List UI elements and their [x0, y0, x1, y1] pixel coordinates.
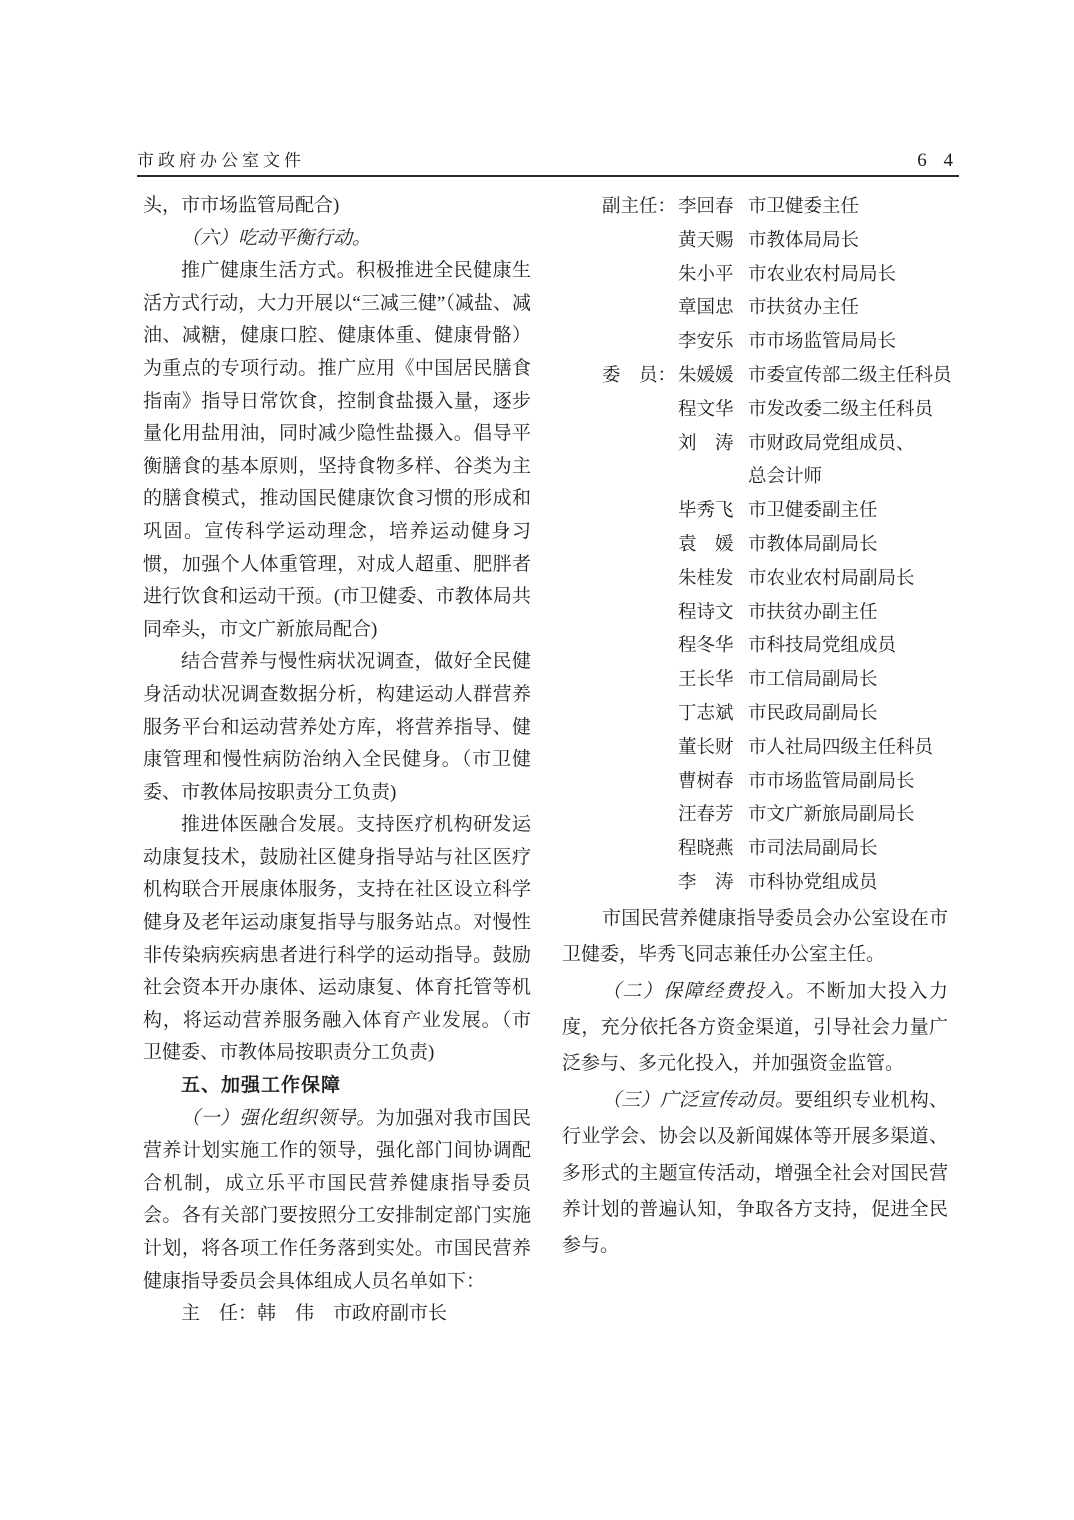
roster-row: 汪春芳市文广新旅局副局长: [602, 799, 948, 833]
roster-position: 市委宣传部二级主任科员: [748, 360, 952, 394]
roster-position: 市市场监管局局长: [748, 326, 896, 360]
paragraph-text: 头，市市场监管局配合): [143, 195, 339, 216]
header-title: 市政府办公室文件: [137, 146, 305, 171]
roster-role: [602, 495, 678, 529]
roster-position: 市发改委二级主任科员: [748, 394, 933, 428]
roster-position: 市卫健委副主任: [748, 495, 878, 529]
roster-name: 程诗文: [678, 597, 748, 631]
roster-row: 朱小平市农业农村局局长: [602, 259, 948, 293]
roster-role: [602, 428, 678, 462]
roster-role: [602, 766, 678, 800]
page-number: 6 4: [917, 150, 959, 172]
roster-name: 王长华: [678, 664, 748, 698]
roster-row: 程晓燕市司法局副局长: [602, 833, 948, 867]
roster-name: 李回春: [678, 191, 748, 225]
roster-position: 市扶贫办主任: [748, 292, 859, 326]
roster-position: 总会计师: [748, 461, 822, 495]
roster-position: 市教体局局长: [748, 225, 859, 259]
roster-role: [602, 867, 678, 901]
roster-row: 程冬华市科技局党组成员: [602, 630, 948, 664]
roster-role: [602, 563, 678, 597]
roster-row: 王长华市工信局副局长: [602, 664, 948, 698]
roster-position: 市市场监管局副局长: [748, 766, 915, 800]
paragraph-text: 要组织专业机构、行业学会、协会以及新闻媒体等开展多渠道、多形式的主题宣传活动，增…: [562, 1090, 948, 1257]
roster-role: [602, 529, 678, 563]
roster-row: 刘 涛市财政局党组成员、: [602, 428, 948, 462]
paragraph-text: 结合营养与慢性病状况调查，做好全民健身活动状况调查数据分析，构建运动人群营养服务…: [143, 651, 531, 802]
roster-position: 市农业农村局副局长: [748, 563, 915, 597]
roster-position: 市农业农村局局长: [748, 259, 896, 293]
roster-position: 市扶贫办副主任: [748, 597, 878, 631]
paragraph: （三）广泛宣传动员。要组织专业机构、行业学会、协会以及新闻媒体等开展多渠道、多形…: [562, 1083, 948, 1265]
roster-row: 丁志斌市民政局副局长: [602, 698, 948, 732]
roster-row: 程文华市发改委二级主任科员: [602, 394, 948, 428]
roster-position: 市科协党组成员: [748, 867, 878, 901]
paragraph: （二）保障经费投入。不断加大投入力度，充分依托各方资金渠道，引导社会力量广泛参与…: [562, 974, 948, 1083]
roster-role: [602, 326, 678, 360]
roster-name: 毕秀飞: [678, 495, 748, 529]
roster-name: 程晓燕: [678, 833, 748, 867]
roster-row: 委 员：朱媛媛市委宣传部二级主任科员: [602, 360, 948, 394]
roster-role: [602, 394, 678, 428]
paragraph: （六）吃动平衡行动。: [143, 223, 531, 256]
roster-role: [602, 461, 678, 495]
roster-row: 董长财市人社局四级主任科员: [602, 732, 948, 766]
roster-role: [602, 732, 678, 766]
roster-position: 市教体局副局长: [748, 529, 878, 563]
roster-role: [602, 698, 678, 732]
paragraph-text: 五、加强工作保障: [181, 1075, 341, 1096]
paragraph-text: 为加强对我市国民营养计划实施工作的领导，强化部门间协调配合机制，成立乐平市国民营…: [143, 1108, 531, 1292]
roster-position: 市司法局副局长: [748, 833, 878, 867]
roster-role: 副主任：: [602, 191, 678, 225]
roster-row: 李安乐市市场监管局局长: [602, 326, 948, 360]
clause-title: （二）保障经费投入。: [602, 981, 806, 1002]
roster-name: 曹树春: [678, 766, 748, 800]
paragraph: （一）强化组织领导。为加强对我市国民营养计划实施工作的领导，强化部门间协调配合机…: [143, 1103, 531, 1299]
roster-name: 朱媛媛: [678, 360, 748, 394]
document-page: 市政府办公室文件 6 4 头，市市场监管局配合)（六）吃动平衡行动。推广健康生活…: [0, 0, 1074, 1520]
roster-name: 朱桂发: [678, 563, 748, 597]
roster-position: 市财政局党组成员、: [748, 428, 915, 462]
paragraph-text: 主 任：韩 伟 市政府副市长: [181, 1303, 447, 1324]
paragraph: 主 任：韩 伟 市政府副市长: [143, 1298, 531, 1331]
paragraph: 结合营养与慢性病状况调查，做好全民健身活动状况调查数据分析，构建运动人群营养服务…: [143, 646, 531, 809]
roster-name: 汪春芳: [678, 799, 748, 833]
roster-role: [602, 833, 678, 867]
clause-title: （六）吃动平衡行动。: [181, 228, 371, 249]
roster-name: 董长财: [678, 732, 748, 766]
committee-roster: 副主任：李回春市卫健委主任黄天赐市教体局局长朱小平市农业农村局局长章国忠市扶贫办…: [562, 191, 948, 901]
roster-name: 黄天赐: [678, 225, 748, 259]
roster-row: 程诗文市扶贫办副主任: [602, 597, 948, 631]
roster-name: 丁志斌: [678, 698, 748, 732]
paragraph: 推进体医融合发展。支持医疗机构研发运动康复技术，鼓励社区健身指导站与社区医疗机构…: [143, 809, 531, 1070]
roster-position: 市人社局四级主任科员: [748, 732, 933, 766]
roster-role: [602, 259, 678, 293]
roster-role: [602, 597, 678, 631]
roster-row: 毕秀飞市卫健委副主任: [602, 495, 948, 529]
roster-position: 市工信局副局长: [748, 664, 878, 698]
roster-position: 市文广新旅局副局长: [748, 799, 915, 833]
section-heading: 五、加强工作保障: [143, 1070, 531, 1103]
roster-position: 市卫健委主任: [748, 191, 859, 225]
right-column: 副主任：李回春市卫健委主任黄天赐市教体局局长朱小平市农业农村局局长章国忠市扶贫办…: [562, 191, 948, 1265]
roster-role: 委 员：: [602, 360, 678, 394]
roster-name: 袁 媛: [678, 529, 748, 563]
roster-row: 黄天赐市教体局局长: [602, 225, 948, 259]
roster-row: 曹树春市市场监管局副局长: [602, 766, 948, 800]
roster-position: 市科技局党组成员: [748, 630, 896, 664]
roster-role: [602, 292, 678, 326]
paragraph-text: 推进体医融合发展。支持医疗机构研发运动康复技术，鼓励社区健身指导站与社区医疗机构…: [143, 814, 531, 1063]
roster-row: 袁 媛市教体局副局长: [602, 529, 948, 563]
clause-title: （三）广泛宣传动员。: [602, 1090, 794, 1111]
roster-name: 李 涛: [678, 867, 748, 901]
roster-role: [602, 664, 678, 698]
roster-name: [678, 461, 748, 495]
paragraph: 头，市市场监管局配合): [143, 190, 531, 223]
roster-row: 副主任：李回春市卫健委主任: [602, 191, 948, 225]
roster-name: 李安乐: [678, 326, 748, 360]
right-paragraphs: 市国民营养健康指导委员会办公室设在市卫健委，毕秀飞同志兼任办公室主任。（二）保障…: [562, 901, 948, 1265]
roster-role: [602, 225, 678, 259]
roster-name: 程冬华: [678, 630, 748, 664]
paragraph: 推广健康生活方式。积极推进全民健康生活方式行动，大力开展以“三减三健”（减盐、减…: [143, 255, 531, 646]
roster-name: 章国忠: [678, 292, 748, 326]
roster-role: [602, 799, 678, 833]
paragraph-text: 市国民营养健康指导委员会办公室设在市卫健委，毕秀飞同志兼任办公室主任。: [562, 908, 948, 965]
paragraph: 市国民营养健康指导委员会办公室设在市卫健委，毕秀飞同志兼任办公室主任。: [562, 901, 948, 974]
roster-row: 总会计师: [602, 461, 948, 495]
roster-role: [602, 630, 678, 664]
paragraph-text: 推广健康生活方式。积极推进全民健康生活方式行动，大力开展以“三减三健”（减盐、减…: [143, 260, 531, 640]
roster-row: 李 涛市科协党组成员: [602, 867, 948, 901]
roster-row: 章国忠市扶贫办主任: [602, 292, 948, 326]
left-column: 头，市市场监管局配合)（六）吃动平衡行动。推广健康生活方式。积极推进全民健康生活…: [143, 190, 531, 1331]
roster-position: 市民政局副局长: [748, 698, 878, 732]
roster-name: 程文华: [678, 394, 748, 428]
roster-name: 朱小平: [678, 259, 748, 293]
page-header: 市政府办公室文件 6 4: [137, 146, 959, 177]
roster-row: 朱桂发市农业农村局副局长: [602, 563, 948, 597]
clause-title: （一）强化组织领导。: [181, 1108, 376, 1129]
roster-name: 刘 涛: [678, 428, 748, 462]
